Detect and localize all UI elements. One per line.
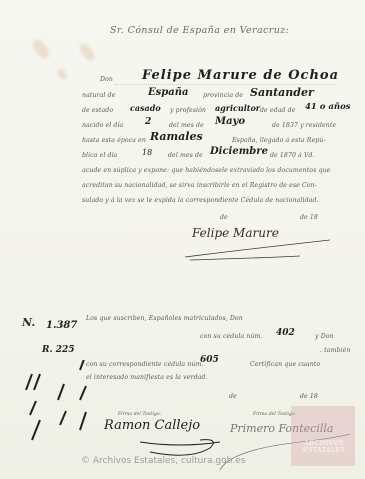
- field-arrival-day: 18: [142, 148, 152, 157]
- label-nacido: nacido el día: [82, 122, 123, 129]
- applicant-name: Felipe Marure de Ochoa: [142, 68, 339, 83]
- field-birth-day: 2: [145, 117, 151, 127]
- watermark-line-2: ESTATALES: [295, 447, 353, 454]
- label-hasta: hasta esta época en: [82, 137, 146, 144]
- label-tambien: . también: [320, 347, 350, 354]
- label-year-vd: de 1870 á Vd.: [270, 152, 315, 159]
- date-de-2: de: [229, 393, 237, 400]
- date-de: de: [220, 214, 228, 221]
- field-residence: Ramales: [150, 130, 203, 143]
- witness-label-2: Firma del Testigo.: [253, 412, 296, 417]
- field-country: España: [148, 87, 188, 98]
- watermark-text: ARCHIVOS ESTATALES: [295, 440, 353, 454]
- rule: [115, 84, 335, 85]
- label-mes: del mes de: [169, 122, 204, 129]
- label-provincia: provincia de: [203, 92, 243, 99]
- label-estado: de estado: [82, 107, 113, 114]
- stain: [77, 41, 97, 63]
- certification-line: Los que suscriben, Españoles matriculado…: [86, 315, 243, 322]
- label-blica: blica el día: [82, 152, 117, 159]
- witness-label-1: Firma del Testigo.: [118, 412, 161, 417]
- field-marital: casado: [130, 103, 161, 113]
- label-natural: natural de: [82, 92, 115, 99]
- margin-marks: [18, 360, 88, 450]
- date-year-2: de 18: [300, 393, 318, 400]
- field-birth-month: Mayo: [215, 116, 245, 127]
- petition-body-line: sulado y á la vez se le expida la corres…: [82, 197, 319, 204]
- document-page: Sr. Cónsul de España en Veracruz: Don Fe…: [0, 0, 365, 479]
- field-cedula-1: 402: [276, 328, 295, 338]
- field-profession: agricultor: [215, 103, 260, 113]
- stain: [55, 67, 68, 81]
- petition-body-line: acude en súplica y expone: que habiéndos…: [82, 167, 330, 174]
- field-province: Santander: [250, 86, 314, 99]
- label-llegado: España, llegado á esta Repú-: [232, 137, 326, 144]
- field-cedula-2: 605: [200, 355, 219, 365]
- petition-body-line: acreditan su nacionalidad, se sirva insc…: [82, 182, 317, 189]
- field-age: 41 o años: [305, 102, 351, 112]
- label-profesion: y profesión: [170, 107, 206, 114]
- label-mes-2: del mes de: [168, 152, 203, 159]
- stain: [30, 37, 52, 62]
- label-don: Don: [100, 76, 113, 83]
- field-arrival-month: Diciembre: [210, 146, 268, 157]
- watermark-logo: [291, 406, 355, 466]
- certification-line: el interesado manifiesta es la verdad.: [86, 374, 208, 381]
- label-y-don: y Don: [315, 333, 334, 340]
- copyright-notice: © Archivos Estatales, cultura.gob.es: [81, 456, 245, 466]
- date-year: de 18: [300, 214, 318, 221]
- margin-note-registry-2: R. 225: [42, 345, 75, 355]
- margin-note: N.: [22, 316, 35, 329]
- label-year-residente: de 1837 y residente: [272, 122, 336, 129]
- label-cedula-2: con su correspondiente cédula núm.: [86, 361, 204, 368]
- label-edad: de edad de: [260, 107, 295, 114]
- label-certifican: Certifican que cuanto: [250, 361, 320, 368]
- margin-note-registry-1: 1.387: [46, 320, 77, 331]
- label-cedula-1: con su cédula núm.: [200, 333, 263, 340]
- document-heading: Sr. Cónsul de España en Veracruz:: [110, 25, 289, 36]
- signature-flourish: [180, 232, 340, 262]
